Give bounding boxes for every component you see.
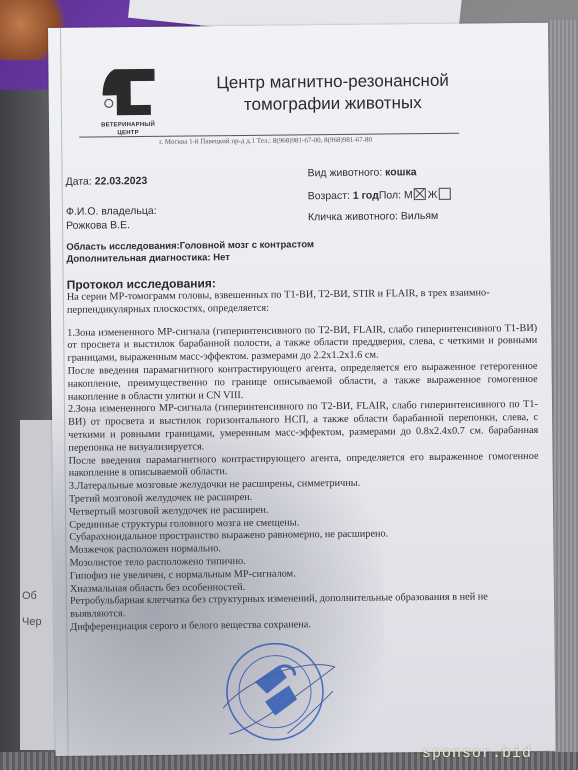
under-sheet-fragment: Чер <box>22 616 42 628</box>
species-label: Вид животного: <box>307 167 382 180</box>
species-value: кошка <box>385 166 417 178</box>
sex-male-label: М <box>404 189 413 201</box>
pet-name-field: Кличка животного: Вильям <box>308 210 438 223</box>
organization-address: г. Москва 1-й Павецкий пр-д д.1 Тел.: 8(… <box>159 136 372 146</box>
sex-label: Пол: <box>379 189 401 201</box>
date-field: Дата: 22.03.2023 <box>66 175 148 188</box>
watermark-text: sponsor.bid <box>422 745 532 762</box>
age-value: 1 год <box>353 190 379 202</box>
additional-diagnostics: Дополнительная диагностика: Нет <box>66 252 230 265</box>
date-value: 22.03.2023 <box>95 175 148 188</box>
sex-female-label: Ж <box>428 189 438 201</box>
date-label: Дата: <box>66 176 92 188</box>
finding-1-contrast: После введения парамагнитного контрастир… <box>68 361 538 404</box>
finding-1: 1.Зона измененного МР-сигнала (гиперинте… <box>67 322 537 365</box>
protocol-title: Протокол исследования: <box>67 276 216 292</box>
organization-title-line1: Центр магнитно-резонансной <box>172 69 492 94</box>
pet-name-value: Вильям <box>401 210 438 222</box>
organization-title-line2: томографии животных <box>173 91 493 116</box>
sex-female-checkbox <box>438 188 450 200</box>
protocol-body: На серии МР-томограмм головы, взвешенных… <box>67 287 541 635</box>
sex-male-checkbox <box>414 188 426 200</box>
owner-value: Рожкова В.Е. <box>66 219 130 232</box>
clinic-stamp-icon <box>216 637 337 750</box>
species-field: Вид животного: кошка <box>307 166 416 179</box>
vet-center-logo-icon <box>96 65 157 118</box>
mri-report-page: ВЕТЕРИНАРНЫЙ ЦЕНТР Центр магнитно-резона… <box>48 23 556 756</box>
owner-label: Ф.И.О. владельца: <box>66 205 157 218</box>
organization-title: Центр магнитно-резонансной томографии жи… <box>172 69 492 116</box>
under-sheet-fragment: Об <box>22 590 37 602</box>
age-label: Возраст: <box>308 190 350 202</box>
pet-name-label: Кличка животного: <box>308 210 398 223</box>
age-sex-field: Возраст: 1 годПол: МЖ <box>308 188 453 203</box>
finding-2: 2.Зона измененного МР-сигнала (гиперинте… <box>68 399 539 455</box>
study-area: Область исследования:Головной мозг с кон… <box>66 239 314 253</box>
